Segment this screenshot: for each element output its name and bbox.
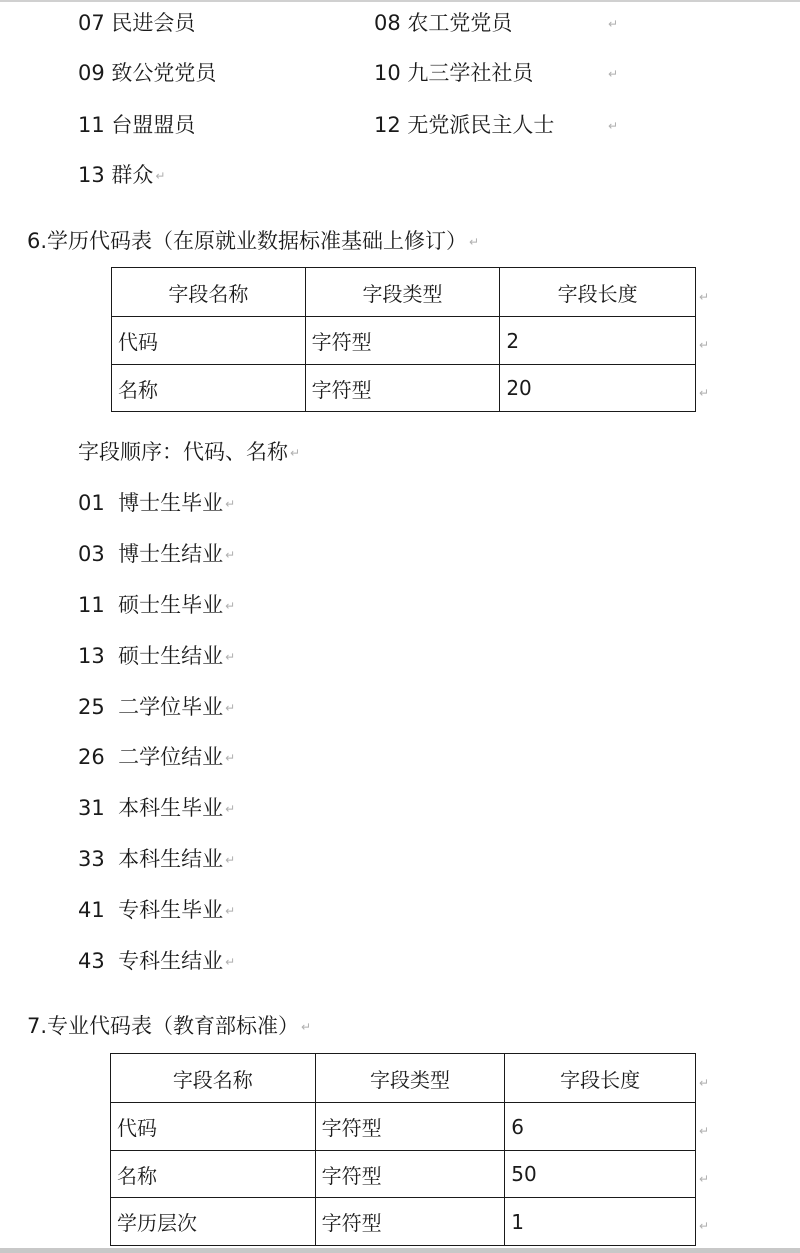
item-code: 43: [78, 948, 105, 974]
list-item: 12 无党派民主人士: [374, 112, 554, 138]
item-code: 11: [78, 592, 105, 618]
table-cell: 50: [505, 1151, 696, 1198]
table-cell: 字符型: [315, 1103, 505, 1151]
table-cell: 代码: [111, 1103, 316, 1151]
table-header-row: 字段名称 字段类型 字段长度: [112, 268, 696, 317]
list-item: 26 二学位结业↵: [78, 744, 235, 771]
paragraph-mark-icon: ↵: [225, 650, 235, 664]
table-cell: 2: [500, 317, 696, 365]
table-cell: 学历层次: [111, 1198, 316, 1246]
row-end-mark-icon: ↵: [699, 1172, 709, 1186]
table-row: 名称 字符型 50: [111, 1151, 696, 1198]
table-cell: 6: [505, 1103, 696, 1151]
item-code: 10: [374, 61, 401, 85]
table-row: 代码 字符型 6: [111, 1103, 696, 1151]
paragraph-mark-icon: ↵: [225, 599, 235, 613]
table-cell: 字符型: [315, 1151, 505, 1198]
list-item: 09 致公党党员: [78, 60, 216, 86]
item-name: 硕士生结业: [118, 644, 223, 668]
list-item: 03 博士生结业↵: [78, 541, 235, 568]
item-code: 12: [374, 113, 401, 137]
item-code: 09: [78, 61, 105, 85]
item-name: 台盟盟员: [111, 113, 195, 137]
table-cell: 1: [505, 1198, 696, 1246]
row-end-mark-icon: ↵: [699, 1076, 709, 1090]
table-header-cell: 字段类型: [305, 268, 500, 317]
paragraph-mark-icon: ↵: [225, 548, 235, 562]
item-code: 31: [78, 795, 105, 821]
table-row: 名称 字符型 20: [112, 365, 696, 412]
item-name: 硕士生毕业: [118, 593, 223, 617]
heading-text: 6.学历代码表（在原就业数据标准基础上修订）: [27, 229, 467, 253]
item-code: 03: [78, 541, 105, 567]
list-item: 08 农工党党员: [374, 10, 512, 36]
education-field-table: 字段名称 字段类型 字段长度 代码 字符型 2 名称 字符型 20: [111, 267, 696, 412]
paragraph-mark-icon: ↵: [608, 17, 618, 31]
list-item: 07 民进会员: [78, 10, 195, 36]
list-item: 43 专科生结业↵: [78, 948, 235, 975]
paragraph-mark-icon: ↵: [608, 67, 618, 81]
table-cell: 字符型: [305, 365, 500, 412]
paragraph-mark-icon: ↵: [225, 955, 235, 969]
table-cell: 字符型: [305, 317, 500, 365]
item-name: 本科生毕业: [118, 796, 223, 820]
list-item: 11 硕士生毕业↵: [78, 592, 235, 619]
list-item: 25 二学位毕业↵: [78, 694, 235, 721]
item-code: 01: [78, 490, 105, 516]
section-heading-major: 7.专业代码表（教育部标准）↵: [27, 1013, 311, 1040]
row-end-mark-icon: ↵: [699, 290, 709, 304]
item-name: 博士生结业: [118, 542, 223, 566]
page-top-border: [0, 0, 800, 2]
table-cell: 名称: [112, 365, 306, 412]
paragraph-mark-icon: ↵: [155, 169, 165, 183]
item-name: 专科生结业: [118, 949, 223, 973]
item-name: 本科生结业: [118, 847, 223, 871]
table-cell: 20: [500, 365, 696, 412]
section-heading-education: 6.学历代码表（在原就业数据标准基础上修订）↵: [27, 228, 479, 255]
item-code: 41: [78, 897, 105, 923]
paragraph-mark-icon: ↵: [225, 751, 235, 765]
paragraph-mark-icon: ↵: [225, 497, 235, 511]
table-row: 代码 字符型 2: [112, 317, 696, 365]
item-code: 13: [78, 643, 105, 669]
paragraph-mark-icon: ↵: [608, 119, 618, 133]
item-name: 专科生毕业: [118, 898, 223, 922]
row-end-mark-icon: ↵: [699, 338, 709, 352]
list-item: 11 台盟盟员: [78, 112, 195, 138]
item-name: 九三学社社员: [407, 61, 533, 85]
table-header-cell: 字段名称: [111, 1054, 316, 1103]
item-name: 群众: [111, 163, 153, 187]
row-end-mark-icon: ↵: [699, 1219, 709, 1233]
list-item: 13 硕士生结业↵: [78, 643, 235, 670]
item-name: 致公党党员: [111, 61, 216, 85]
table-header-row: 字段名称 字段类型 字段长度: [111, 1054, 696, 1103]
table-cell: 名称: [111, 1151, 316, 1198]
list-item: 31 本科生毕业↵: [78, 795, 235, 822]
table-header-cell: 字段名称: [112, 268, 306, 317]
item-name: 二学位毕业: [118, 695, 223, 719]
list-item: 13 群众↵: [78, 162, 165, 189]
item-name: 无党派民主人士: [407, 113, 554, 137]
item-code: 11: [78, 113, 105, 137]
heading-text: 7.专业代码表（教育部标准）: [27, 1014, 299, 1038]
table-cell: 代码: [112, 317, 306, 365]
item-code: 25: [78, 694, 105, 720]
item-code: 07: [78, 11, 105, 35]
list-item: 41 专科生毕业↵: [78, 897, 235, 924]
table-row: 学历层次 字符型 1: [111, 1198, 696, 1246]
list-item: 10 九三学社社员: [374, 60, 533, 86]
paragraph-mark-icon: ↵: [225, 853, 235, 867]
row-end-mark-icon: ↵: [699, 386, 709, 400]
page-bottom-edge: [0, 1248, 800, 1253]
paragraph-mark-icon: ↵: [225, 904, 235, 918]
table-cell: 字符型: [315, 1198, 505, 1246]
item-code: 08: [374, 11, 401, 35]
item-code: 26: [78, 744, 105, 770]
paragraph-mark-icon: ↵: [290, 446, 300, 460]
item-name: 农工党党员: [407, 11, 512, 35]
item-name: 民进会员: [111, 11, 195, 35]
field-order-note: 字段顺序：代码、名称↵: [78, 439, 300, 466]
row-end-mark-icon: ↵: [699, 1124, 709, 1138]
list-item: 33 本科生结业↵: [78, 846, 235, 873]
item-name: 博士生毕业: [118, 491, 223, 515]
major-field-table: 字段名称 字段类型 字段长度 代码 字符型 6 名称 字符型 50 学历层次 字…: [110, 1053, 696, 1246]
item-name: 二学位结业: [118, 745, 223, 769]
paragraph-mark-icon: ↵: [469, 235, 479, 249]
list-item: 01 博士生毕业↵: [78, 490, 235, 517]
table-header-cell: 字段长度: [500, 268, 696, 317]
paragraph-mark-icon: ↵: [301, 1020, 311, 1034]
paragraph-mark-icon: ↵: [225, 802, 235, 816]
paragraph-mark-icon: ↵: [225, 701, 235, 715]
table-header-cell: 字段长度: [505, 1054, 696, 1103]
item-code: 33: [78, 846, 105, 872]
field-order-text: 字段顺序：代码、名称: [78, 440, 288, 464]
item-code: 13: [78, 163, 105, 187]
table-header-cell: 字段类型: [315, 1054, 505, 1103]
